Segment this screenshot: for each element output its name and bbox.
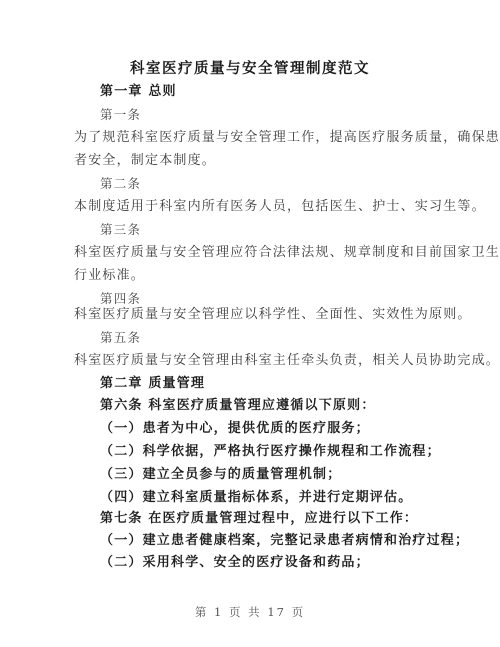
article-label: 第二条 <box>100 176 141 192</box>
list-item: （三）建立全员参与的质量管理机制； <box>100 467 341 483</box>
page-indicator: 第 1 页 共 17 页 <box>0 604 500 620</box>
list-item: （一）患者为中心，提供优质的医疗服务； <box>100 421 370 437</box>
article-text: 科室医疗质量与安全管理应以科学性、全面性、实效性为原则。 <box>74 307 472 323</box>
article-label: 第五条 <box>100 330 141 346</box>
list-item: （一）建立患者健康档案，完整记录患者病情和治疗过程； <box>100 533 469 549</box>
document-page: 科室医疗质量与安全管理制度范文 第一章 总则 第一条 为了规范科室医疗质量与安全… <box>0 0 500 647</box>
list-item: （四）建立科室质量指标体系，并进行定期评估。 <box>100 490 412 506</box>
chapter-heading: 第二章 质量管理 <box>100 376 205 392</box>
article-label: 第一条 <box>100 107 141 123</box>
article-text: 者安全，制定本制度。 <box>74 153 216 169</box>
article-text: 本制度适用于科室内所有医务人员，包括医生、护士、实习生等。 <box>74 199 486 215</box>
article-text: 科室医疗质量与安全管理应符合法律法规、规章制度和目前国家卫生 <box>74 245 500 261</box>
article-text: 行业标准。 <box>74 268 145 284</box>
article-label: 第三条 <box>100 222 141 238</box>
article-text: 为了规范科室医疗质量与安全管理工作，提高医疗服务质量，确保患 <box>74 130 500 146</box>
article-label: 第四条 <box>100 291 141 307</box>
list-item: （二）采用科学、安全的医疗设备和药品； <box>100 555 370 571</box>
article-heading: 第六条 科室医疗质量管理应遵循以下原则： <box>100 398 376 414</box>
article-heading: 第七条 在医疗质量管理过程中，应进行以下工作： <box>100 511 418 527</box>
article-text: 科室医疗质量与安全管理由科室主任牵头负责，相关人员协助完成。 <box>74 353 500 369</box>
document-title: 科室医疗质量与安全管理制度范文 <box>0 61 500 77</box>
list-item: （二）科学依据，严格执行医疗操作规程和工作流程； <box>100 444 441 460</box>
chapter-heading: 第一章 总则 <box>100 84 177 100</box>
